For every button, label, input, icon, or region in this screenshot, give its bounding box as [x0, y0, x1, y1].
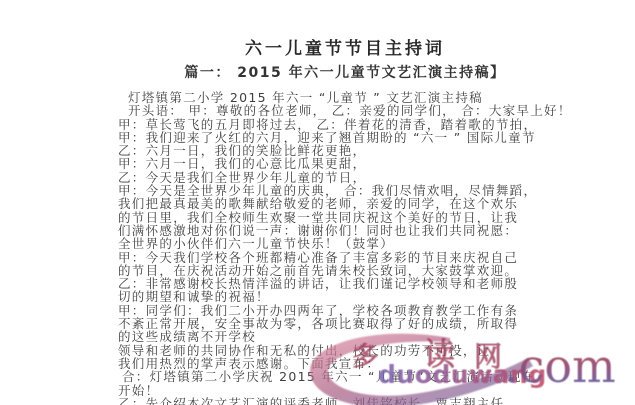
text-line: 乙：六月一日，我们的笑脸比鲜花更艳， — [118, 144, 538, 157]
document-header: 六一儿童节节目主持词 篇一： 2015 年六一儿童节文艺汇演主持稿】 — [30, 34, 635, 82]
text-line: 全世界的小伙伴们六一儿童节快乐！（鼓掌） — [118, 237, 538, 250]
text-line: 开头语： 甲：尊敬的各位老师， 乙：亲爱的同学们， 合：大家早上好！ — [118, 104, 538, 117]
page-subtitle: 篇一： 2015 年六一儿童节文艺汇演主持稿】 — [30, 62, 635, 82]
text-line: 领导和老师的共同协作和无私的付出，校长的功劳不可没，让 — [118, 344, 538, 357]
text-line: 乙：非常感谢校长热情洋溢的讲话，让我们谨记学校领导和老师殷 — [118, 277, 538, 290]
text-line: 合：灯塔镇第二小学庆祝 2015 年六一 “儿童节”文艺汇演活动现在 — [118, 370, 538, 383]
text-line: 甲：草长莺飞的五月即将过去， 乙：伴着花的清香，踏着歌的节拍， — [118, 118, 538, 131]
text-line: 的节日里，我们全校师生欢聚一堂共同庆祝这个美好的节日，让我 — [118, 211, 538, 224]
page-title: 六一儿童节节目主持词 — [30, 34, 635, 59]
text-line: 乙：先介绍本次文艺汇演的评委老师，刘佳铭校长，贾志翔主任 — [118, 397, 538, 405]
text-line: 们满怀感激地对你们说一声：谢谢你们！同时也让我们共同祝愿： — [118, 224, 538, 237]
text-line: 不紊正常开展，安全事故为零，各项比赛取得了好的成绩，所取得 — [118, 317, 538, 330]
text-line: 甲：六月一日，我们的心意比瓜果更甜， — [118, 157, 538, 170]
text-line: 甲：我们迎来了火红的六月，迎来了翘首期盼的 “六一 ” 国际儿童节 — [118, 131, 538, 144]
text-line: 我们用热烈的掌声表示感谢。下面我宣布： — [118, 357, 538, 370]
text-line: 甲：今天是全世界少年儿童的庆典， 合：我们尽情欢唱，尽情舞蹈， — [118, 184, 538, 197]
text-line: 甲：同学们：我们二小开办四两年了，学校各项教育教学工作有条 — [118, 304, 538, 317]
text-line: 切的期望和诚挚的祝福！ — [118, 290, 538, 303]
scanned-document-page: 六一儿童节节目主持词 篇一： 2015 年六一儿童节文艺汇演主持稿】 灯塔镇第二… — [0, 0, 635, 405]
text-line: 的节目，在庆祝活动开始之前首先请朱校长致词，大家鼓掌欢迎。 — [118, 264, 538, 277]
text-line: 开始！ — [118, 384, 538, 397]
text-line: 我们把最真最美的歌舞献给敬爱的老师，亲爱的同学，在这个欢乐 — [118, 197, 538, 210]
text-line: 乙：今天是我们全世界少年儿童的节日， — [118, 171, 538, 184]
text-line: 甲：今天我们学校各个班都精心准备了丰富多彩的节目来庆祝自己 — [118, 251, 538, 264]
text-line: 灯塔镇第二小学 2015 年六一 “儿童节 ” 文艺汇演主持稿 — [118, 91, 538, 104]
text-line: 的这些成绩离不开学校 — [118, 330, 538, 343]
document-body: 灯塔镇第二小学 2015 年六一 “儿童节 ” 文艺汇演主持稿 开头语： 甲：尊… — [118, 91, 538, 405]
